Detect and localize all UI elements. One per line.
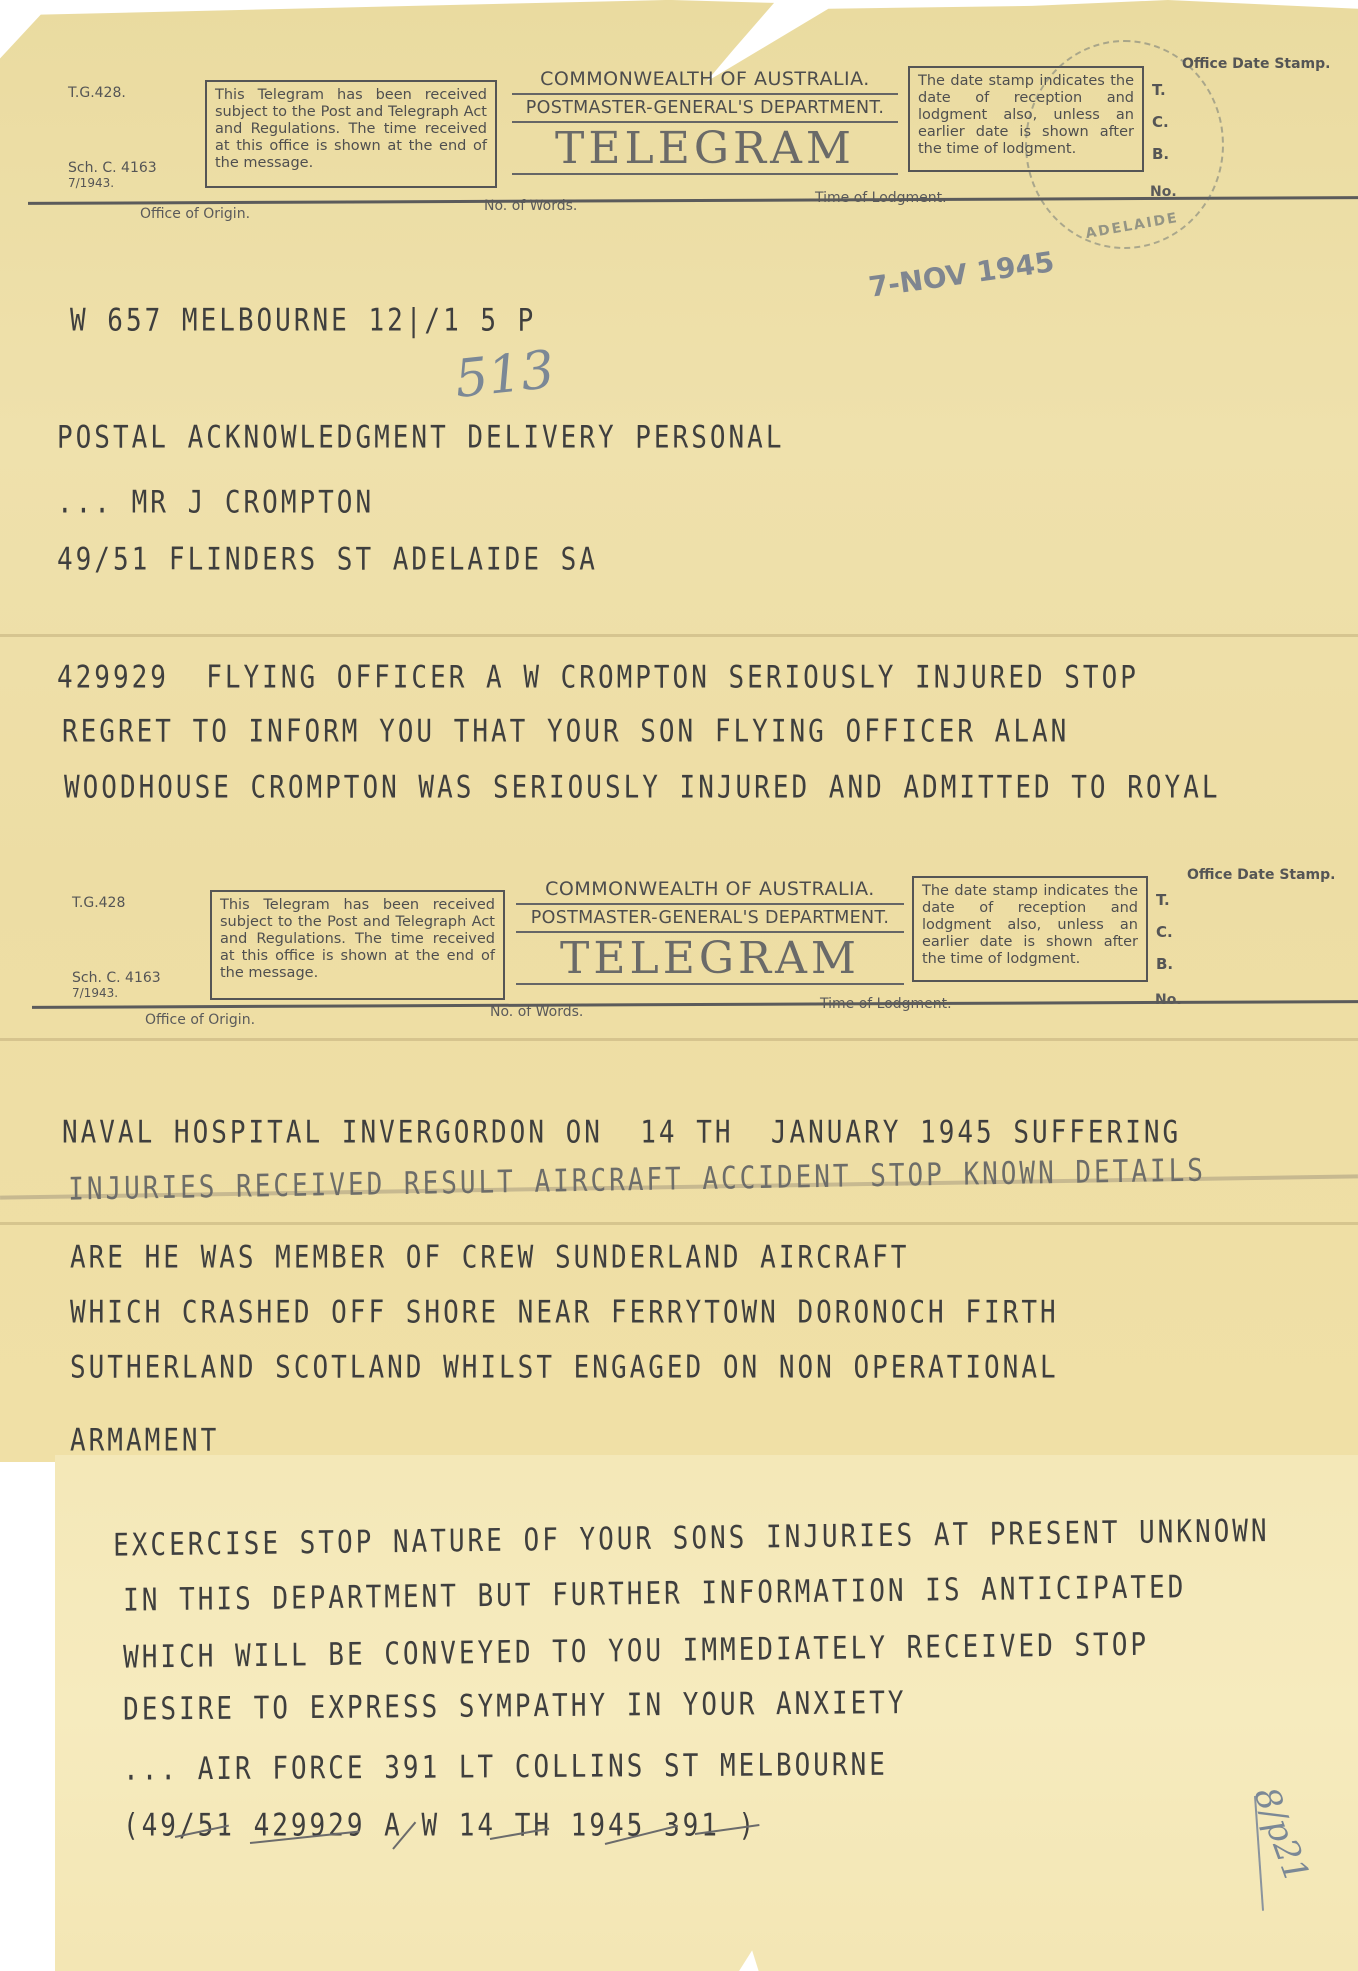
schedule-date: 7/1943.: [68, 176, 114, 190]
tcb-b: B.: [1156, 948, 1173, 980]
message-line: WHICH CRASHED OFF SHORE NEAR FERRYTOWN D…: [70, 1295, 1059, 1331]
message-line: SUTHERLAND SCOTLAND WHILST ENGAGED ON NO…: [70, 1350, 1059, 1386]
postmark-circle-icon: [1025, 40, 1224, 249]
notice-box-left: This Telegram has been received subject …: [210, 890, 505, 1000]
schedule-date: 7/1943.: [72, 986, 118, 1000]
department-block: COMMONWEALTH OF AUSTRALIA. POSTMASTER-GE…: [516, 878, 904, 985]
office-date-stamp-label: Office Date Stamp.: [1187, 867, 1335, 883]
commonwealth-heading: COMMONWEALTH OF AUSTRALIA.: [512, 68, 898, 95]
office-of-origin-label: Office of Origin.: [140, 206, 250, 222]
message-line: ARE HE WAS MEMBER OF CREW SUNDERLAND AIR…: [70, 1240, 909, 1276]
schedule-number: Sch. C. 4163: [68, 160, 157, 176]
office-of-origin-label: Office of Origin.: [145, 1012, 255, 1028]
message-line: REGRET TO INFORM YOU THAT YOUR SON FLYIN…: [62, 714, 1069, 750]
form-code: T.G.428.: [68, 85, 126, 101]
telegram-title: TELEGRAM: [512, 123, 898, 175]
message-line: ARMAMENT: [70, 1423, 219, 1459]
no-of-words-label: No. of Words.: [490, 1004, 583, 1020]
pencil-number: 513: [452, 340, 557, 410]
message-line: NAVAL HOSPITAL INVERGORDON ON 14 TH JANU…: [62, 1115, 1181, 1151]
signature-line: ... AIR FORCE 391 LT COLLINS ST MELBOURN…: [123, 1747, 888, 1788]
message-line: 429929 FLYING OFFICER A W CROMPTON SERIO…: [57, 660, 1139, 696]
service-line: POSTAL ACKNOWLEDGMENT DELIVERY PERSONAL: [57, 420, 784, 456]
notice-box-left: This Telegram has been received subject …: [205, 80, 497, 188]
department-block: COMMONWEALTH OF AUSTRALIA. POSTMASTER-GE…: [512, 68, 898, 175]
strip-seam: [0, 1222, 1358, 1225]
commonwealth-heading: COMMONWEALTH OF AUSTRALIA.: [516, 878, 904, 905]
department-heading: POSTMASTER-GENERAL'S DEPARTMENT.: [516, 905, 904, 933]
origin-line: W 657 MELBOURNE 12|/1 5 P: [70, 303, 536, 339]
message-line: WOODHOUSE CROMPTON WAS SERIOUSLY INJURED…: [64, 770, 1221, 806]
strip-seam: [0, 1038, 1358, 1041]
form-code: T.G.428: [72, 895, 125, 911]
address-line: 49/51 FLINDERS ST ADELAIDE SA: [57, 542, 598, 578]
tcb-labels: T. C. B.: [1156, 884, 1173, 980]
telegram-title: TELEGRAM: [516, 933, 904, 985]
message-line: DESIRE TO EXPRESS SYMPATHY IN YOUR ANXIE…: [123, 1685, 907, 1728]
time-of-lodgment-label: Time of Lodgment.: [815, 190, 947, 206]
schedule-number: Sch. C. 4163: [72, 970, 161, 986]
addressee-line: ... MR J CROMPTON: [57, 485, 374, 521]
tcb-c: C.: [1156, 916, 1173, 948]
no-label: No.: [1155, 992, 1182, 1008]
no-of-words-label: No. of Words.: [484, 198, 577, 214]
notice-box-right: The date stamp indicates the date of rec…: [912, 876, 1148, 982]
strip-seam: [0, 634, 1358, 637]
time-of-lodgment-label: Time of Lodgment.: [820, 996, 952, 1012]
tcb-t: T.: [1156, 884, 1173, 916]
department-heading: POSTMASTER-GENERAL'S DEPARTMENT.: [512, 95, 898, 123]
office-date-stamp-label: Office Date Stamp.: [1182, 56, 1330, 72]
